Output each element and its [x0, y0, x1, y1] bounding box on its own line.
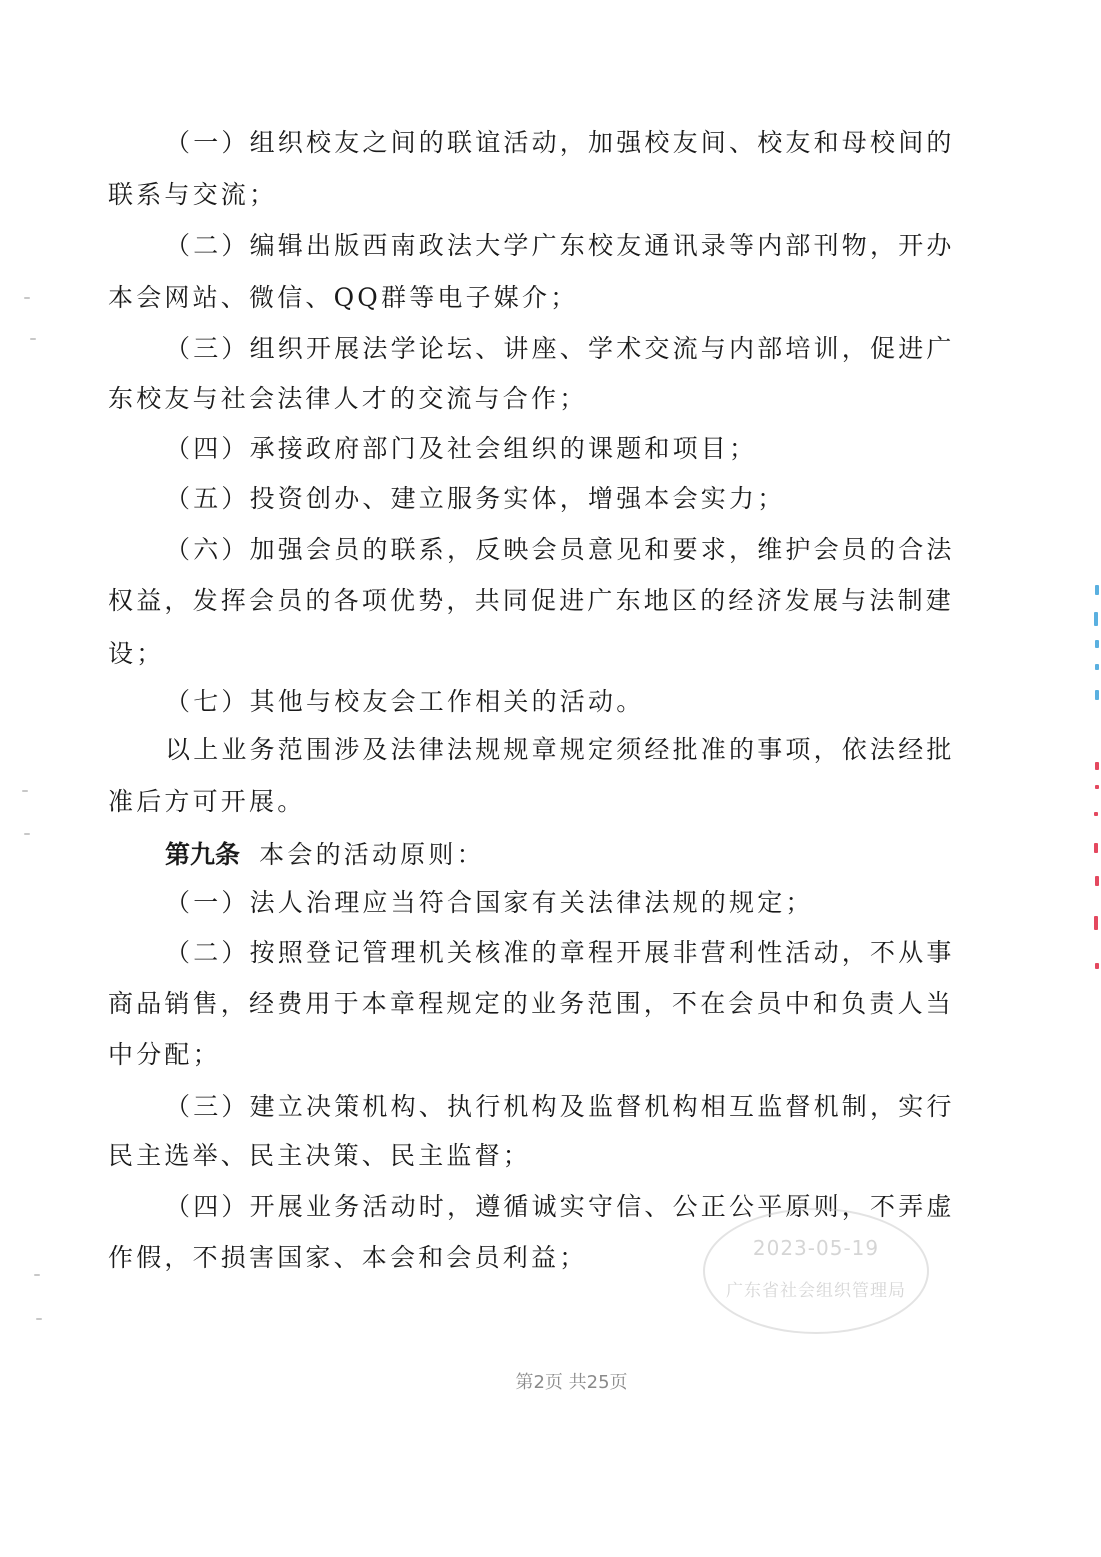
text-line: （七）其他与校友会工作相关的活动。	[165, 687, 970, 717]
stamp-organization: 广东省社会组织管理局	[705, 1276, 927, 1301]
text-line: 东校友与社会法律人才的交流与合作；	[108, 384, 970, 414]
text-line: 以上业务范围涉及法律法规规章规定须经批准的事项，依法经批	[165, 735, 970, 765]
scan-artifact	[34, 1274, 40, 1276]
text-line: 权益，发挥会员的各项优势，共同促进广东地区的经济发展与法制建	[108, 586, 970, 616]
text-line: 联系与交流；	[108, 180, 970, 210]
text-line: （六）加强会员的联系，反映会员意见和要求，维护会员的合法	[165, 535, 970, 565]
scan-artifact	[36, 1318, 42, 1320]
scan-artifact	[1094, 916, 1098, 930]
text-line: 商品销售，经费用于本章程规定的业务范围，不在会员中和负责人当	[108, 989, 970, 1019]
scan-artifact	[24, 833, 30, 835]
scan-artifact	[1095, 585, 1099, 595]
scan-artifact	[1094, 843, 1098, 853]
page-number: 第2页 共25页	[0, 1368, 1101, 1394]
stamp-date: 2023-05-19	[705, 1236, 927, 1260]
text-line: （三）建立决策机构、执行机构及监督机构相互监督机制，实行	[165, 1092, 970, 1122]
article-heading: 第九条	[165, 840, 240, 869]
article-nine-line: 第九条 本会的活动原则：	[165, 840, 970, 870]
text-line: （五）投资创办、建立服务实体，增强本会实力；	[165, 484, 970, 514]
article-intro: 本会的活动原则：	[259, 840, 485, 869]
document-page: （一）组织校友之间的联谊活动，加强校友间、校友和母校间的 联系与交流； （二）编…	[0, 0, 1101, 1557]
text-line: 中分配；	[108, 1040, 970, 1070]
text-line: （一）组织校友之间的联谊活动，加强校友间、校友和母校间的	[165, 128, 970, 158]
scan-artifact	[30, 338, 36, 340]
official-seal-stamp: 2023-05-19 广东省社会组织管理局	[703, 1208, 929, 1334]
scan-artifact	[1095, 690, 1099, 700]
text-line: （一）法人治理应当符合国家有关法律法规的规定；	[165, 888, 970, 918]
scan-artifact	[1095, 640, 1099, 648]
scan-artifact	[1094, 812, 1098, 816]
scan-artifact	[1095, 876, 1099, 886]
text-line: （四）承接政府部门及社会组织的课题和项目；	[165, 434, 970, 464]
scan-artifact	[1095, 664, 1099, 670]
scan-artifact	[22, 790, 28, 792]
text-line: 设；	[108, 639, 970, 669]
scan-artifact	[1095, 762, 1099, 770]
scan-artifact	[1094, 612, 1098, 626]
text-line: （二）编辑出版西南政法大学广东校友通讯录等内部刊物，开办	[165, 231, 970, 261]
text-line: 准后方可开展。	[108, 787, 970, 817]
scan-artifact	[1095, 785, 1099, 789]
text-line: （二）按照登记管理机关核准的章程开展非营利性活动，不从事	[165, 938, 970, 968]
text-line: （三）组织开展法学论坛、讲座、学术交流与内部培训，促进广	[165, 334, 970, 364]
scan-artifact	[1095, 963, 1099, 969]
scan-artifact	[24, 297, 30, 299]
text-line: 民主选举、民主决策、民主监督；	[108, 1141, 970, 1171]
text-line: 本会网站、微信、QQ群等电子媒介；	[108, 283, 970, 313]
